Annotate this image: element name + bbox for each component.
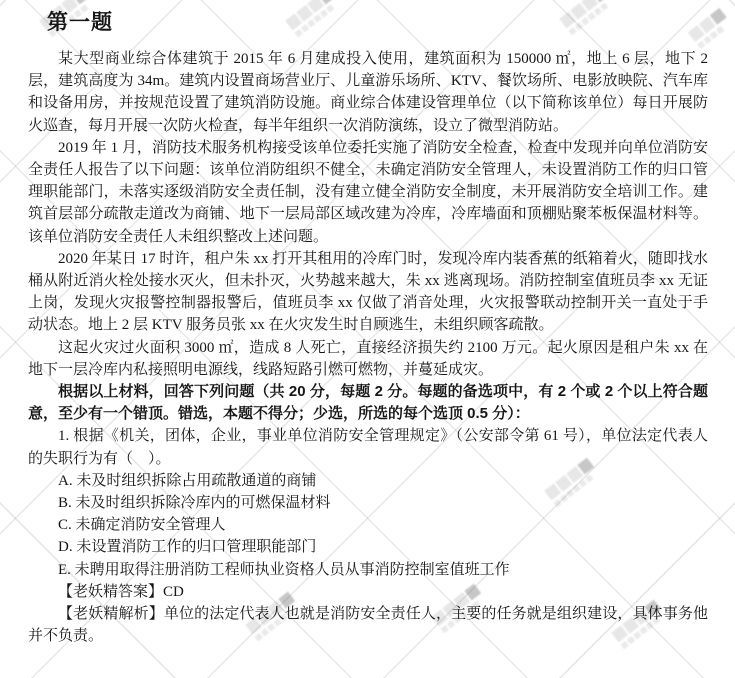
exam-page: 第一题 某大型商业综合体建筑于 2015 年 6 月建成投入使用，建筑面积为 1…: [0, 0, 735, 647]
question-stem: 1. 根据《机关，团体，企业，事业单位消防安全管理规定》（公安部令第 61 号）…: [28, 425, 708, 469]
answer-label: 【老妖精答案】: [58, 584, 163, 600]
answer-value: CD: [163, 584, 184, 600]
page-title: 第一题: [47, 10, 708, 36]
option-b: B. 未及时组织拆除冷库内的可燃保温材料: [28, 492, 708, 514]
case-paragraph-4: 这起火灾过火面积 3000 ㎡，造成 8 人死亡，直接经济损失约 2100 万元…: [28, 337, 708, 381]
instructions-text: 根据以上材料，回答下列问题（共 20 分，每题 2 分。每题的备选项中，有 2 …: [28, 381, 708, 425]
option-c: C. 未确定消防安全管理人: [28, 514, 708, 536]
option-a: A. 未及时组织拆除占用疏散通道的商铺: [28, 470, 708, 492]
option-d: D. 未设置消防工作的归口管理职能部门: [28, 536, 708, 558]
analysis-line: 【老妖精解析】单位的法定代表人也就是消防安全责任人，主要的任务就是组织建设，具体…: [28, 603, 708, 647]
case-paragraph-1: 某大型商业综合体建筑于 2015 年 6 月建成投入使用，建筑面积为 15000…: [28, 48, 708, 137]
case-paragraph-3: 2020 年某日 17 时许，租户朱 xx 打开其租用的冷库门时，发现冷库内装香…: [28, 248, 708, 337]
case-paragraph-2: 2019 年 1 月，消防技术服务机构接受该单位委托实施了消防安全检查，检查中发…: [28, 137, 708, 248]
analysis-label: 【老妖精解析】: [58, 606, 164, 622]
answer-line: 【老妖精答案】CD: [28, 581, 708, 603]
option-e: E. 未聘用取得注册消防工程师执业资格人员从事消防控制室值班工作: [28, 559, 708, 581]
